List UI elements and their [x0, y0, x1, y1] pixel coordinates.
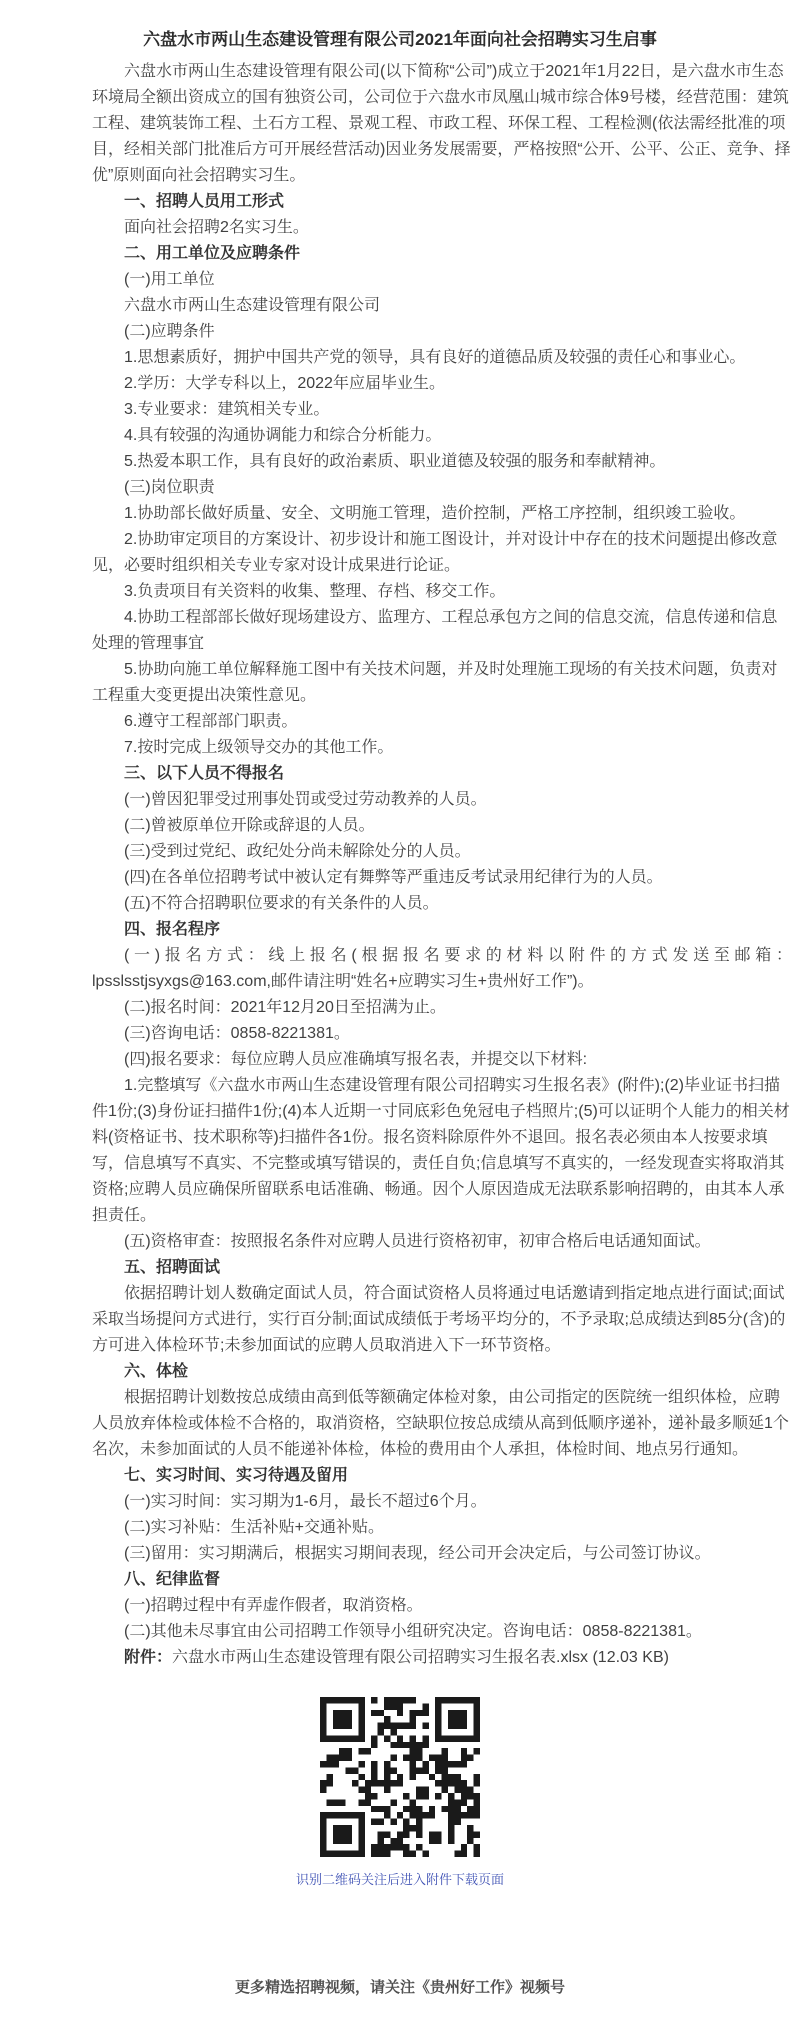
paragraph: (一)用工单位 [92, 267, 792, 293]
paragraph: 4.协助工程部部长做好现场建设方、监理方、工程总承包方之间的信息交流，信息传递和… [92, 605, 792, 657]
paragraph: (四)报名要求：每位应聘人员应准确填写报名表，并提交以下材料: [92, 1047, 792, 1073]
paragraph: 3.专业要求：建筑相关专业。 [92, 397, 792, 423]
paragraph: (二)应聘条件 [92, 319, 792, 345]
section-heading: 六、体检 [92, 1359, 792, 1385]
paragraph: (一)招聘过程中有弄虚作假者，取消资格。 [92, 1593, 792, 1619]
paragraph: (一)报名方式：线上报名(根据报名要求的材料以附件的方式发送至邮箱：lpssls… [92, 943, 792, 995]
paragraph: 7.按时完成上级领导交办的其他工作。 [92, 735, 792, 761]
attachment-line: 附件：六盘水市两山生态建设管理有限公司招聘实习生报名表.xlsx (12.03 … [92, 1645, 792, 1671]
section-heading: 五、招聘面试 [92, 1255, 792, 1281]
qr-code [320, 1697, 480, 1857]
paragraph: (三)岗位职责 [92, 475, 792, 501]
paragraph: (五)不符合招聘职位要求的有关条件的人员。 [92, 891, 792, 917]
document-paragraphs: 六盘水市两山生态建设管理有限公司(以下简称“公司”)成立于2021年1月22日，… [92, 59, 792, 1645]
paragraph: (五)资格审查：按照报名条件对应聘人员进行资格初审，初审合格后电话通知面试。 [92, 1229, 792, 1255]
section-heading: 二、用工单位及应聘条件 [92, 241, 792, 267]
paragraph: 3.负责项目有关资料的收集、整理、存档、移交工作。 [92, 579, 792, 605]
paragraph: 1.协助部长做好质量、安全、文明施工管理，造价控制，严格工序控制，组织竣工验收。 [92, 501, 792, 527]
paragraph: (二)报名时间：2021年12月20日至招满为止。 [92, 995, 792, 1021]
qr-code-container [0, 1697, 800, 1857]
section-heading: 三、以下人员不得报名 [92, 761, 792, 787]
section-heading: 一、招聘人员用工形式 [92, 189, 792, 215]
paragraph: 1.思想素质好，拥护中国共产党的领导，具有良好的道德品质及较强的责任心和事业心。 [92, 345, 792, 371]
attachment-download-link[interactable]: 六盘水市两山生态建设管理有限公司招聘实习生报名表.xlsx (12.03 KB) [172, 1649, 669, 1666]
paragraph: 1.完整填写《六盘水市两山生态建设管理有限公司招聘实习生报名表》(附件);(2)… [92, 1073, 792, 1229]
paragraph: 面向社会招聘2名实习生。 [92, 215, 792, 241]
section-heading: 七、实习时间、实习待遇及留用 [92, 1463, 792, 1489]
paragraph: 6.遵守工程部部门职责。 [92, 709, 792, 735]
paragraph: 5.热爱本职工作，具有良好的政治素质、职业道德及较强的服务和奉献精神。 [92, 449, 792, 475]
page-title: 六盘水市两山生态建设管理有限公司2021年面向社会招聘实习生启事 [0, 0, 800, 52]
paragraph: 4.具有较强的沟通协调能力和综合分析能力。 [92, 423, 792, 449]
paragraph: 六盘水市两山生态建设管理有限公司(以下简称“公司”)成立于2021年1月22日，… [92, 59, 792, 189]
paragraph: 根据招聘计划数按总成绩由高到低等额确定体检对象，由公司指定的医院统一组织体检，应… [92, 1385, 792, 1463]
section-heading: 四、报名程序 [92, 917, 792, 943]
paragraph: (三)受到过党纪、政纪处分尚未解除处分的人员。 [92, 839, 792, 865]
paragraph: (一)实习时间：实习期为1-6月，最长不超过6个月。 [92, 1489, 792, 1515]
paragraph: 5.协助向施工单位解释施工图中有关技术问题，并及时处理施工现场的有关技术问题，负… [92, 657, 792, 709]
paragraph: (二)其他未尽事宜由公司招聘工作领导小组研究决定。咨询电话：0858-82213… [92, 1619, 792, 1645]
paragraph: (一)曾因犯罪受过刑事处罚或受过劳动教养的人员。 [92, 787, 792, 813]
attachment-label: 附件： [124, 1649, 172, 1666]
paragraph: (四)在各单位招聘考试中被认定有舞弊等严重违反考试录用纪律行为的人员。 [92, 865, 792, 891]
paragraph: (二)实习补贴：生活补贴+交通补贴。 [92, 1515, 792, 1541]
paragraph: 2.协助审定项目的方案设计、初步设计和施工图设计，并对设计中存在的技术问题提出修… [92, 527, 792, 579]
paragraph: (三)咨询电话：0858-8221381。 [92, 1021, 792, 1047]
paragraph: 六盘水市两山生态建设管理有限公司 [92, 293, 792, 319]
document-body: 六盘水市两山生态建设管理有限公司(以下简称“公司”)成立于2021年1月22日，… [92, 59, 792, 1671]
paragraph: (三)留用：实习期满后，根据实习期间表现，经公司开会决定后，与公司签订协议。 [92, 1541, 792, 1567]
section-heading: 八、纪律监督 [92, 1567, 792, 1593]
footer-note: 更多精选招聘视频，请关注《贵州好工作》视频号 [0, 1977, 800, 1999]
qr-caption-link[interactable]: 识别二维码关注后进入附件下载页面 [0, 1871, 800, 1889]
paragraph: 2.学历：大学专科以上，2022年应届毕业生。 [92, 371, 792, 397]
paragraph: 依据招聘计划人数确定面试人员，符合面试资格人员将通过电话邀请到指定地点进行面试;… [92, 1281, 792, 1359]
paragraph: (二)曾被原单位开除或辞退的人员。 [92, 813, 792, 839]
